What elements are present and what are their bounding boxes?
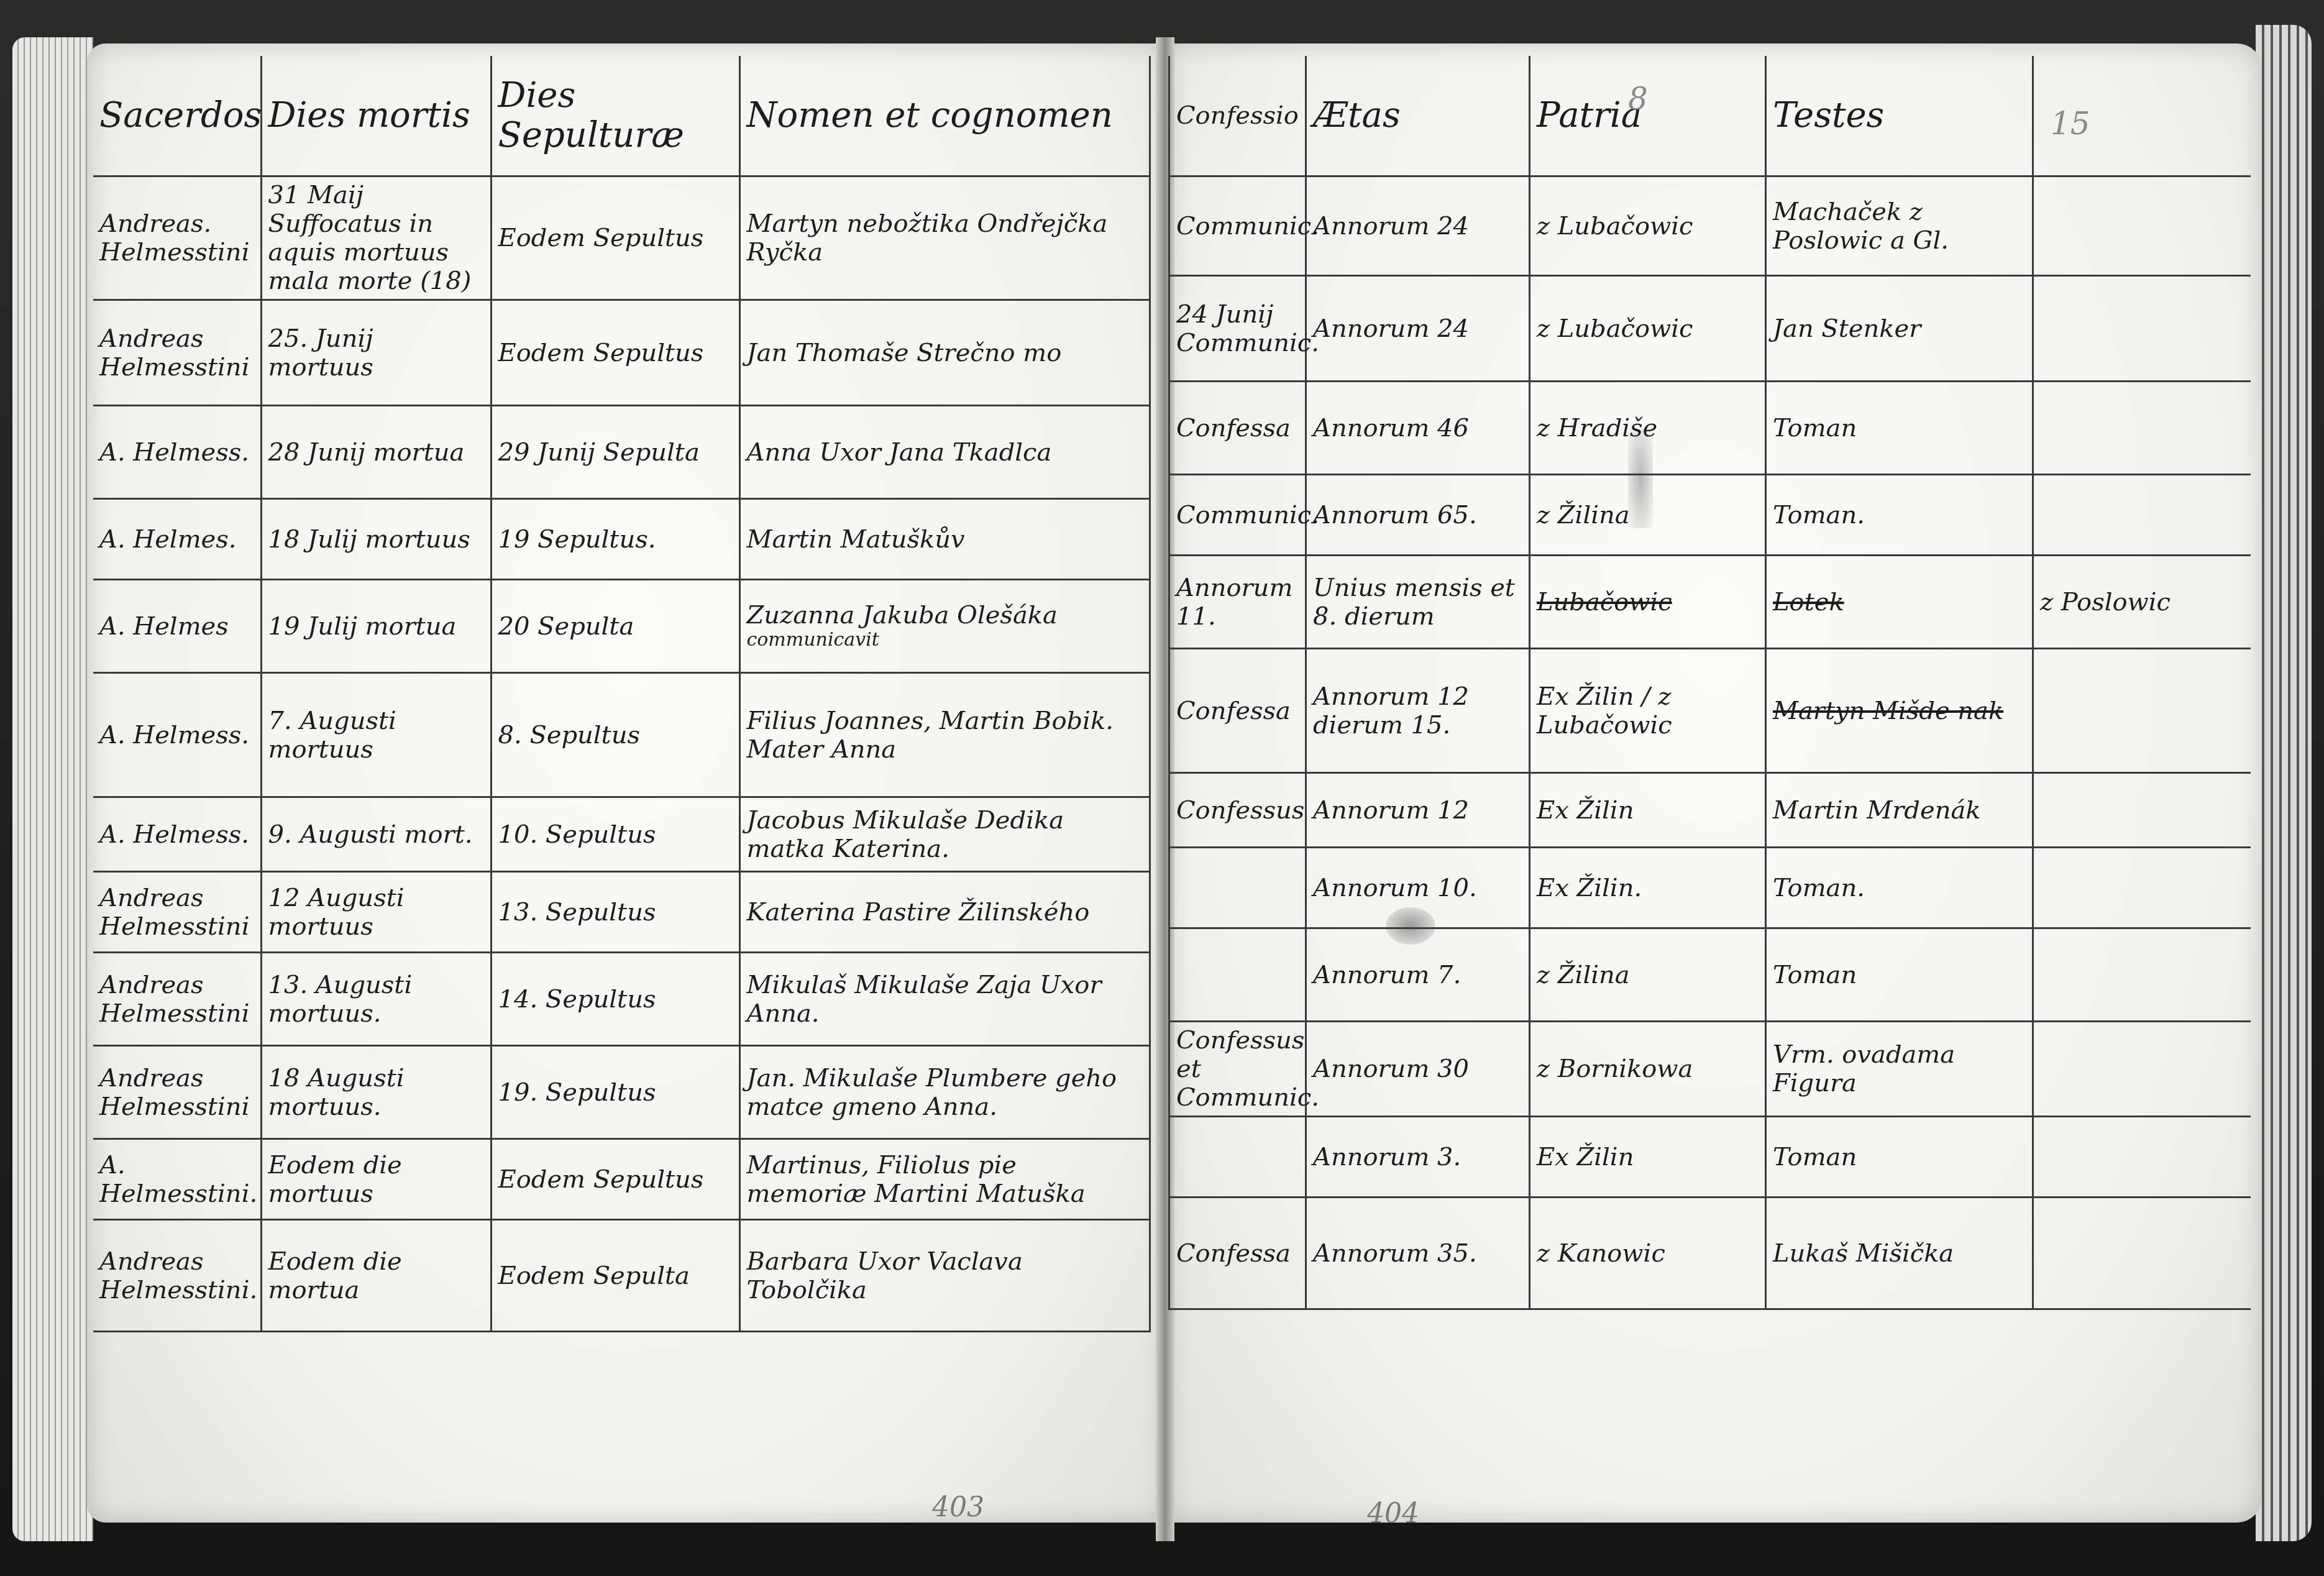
cell-extra — [2033, 382, 2251, 475]
header-pencil-annotation: 8 — [1628, 81, 1648, 117]
cell-patria-text: Lubačowic — [1537, 588, 1672, 616]
cell-sacerdos: Andreas Helmesstini — [93, 872, 261, 953]
cell-aetas-text: Annorum 65. — [1313, 501, 1477, 529]
cell-testes-text: Jan Stenker — [1773, 314, 1921, 343]
left-page-edges — [12, 37, 93, 1541]
cell-nomen: Jacobus Mikulaše Dedika matka Katerina. — [739, 797, 1150, 872]
register-row: Andreas Helmesstini12 Augusti mortuus13.… — [93, 872, 1150, 953]
cell-dies-mortis: 31 Maij Suffocatus in aquis mortuus mala… — [261, 176, 491, 300]
cell-patria-text: Ex Žilin — [1537, 1143, 1634, 1171]
register-row: ConfessaAnnorum 35.z KanowicLukaš Mišičk… — [1169, 1198, 2251, 1309]
cell-dies-mortis: 28 Junij mortua — [261, 406, 491, 499]
cell-dies-sepulturae: 8. Sepultus — [491, 673, 739, 797]
cell-extra — [2033, 1022, 2251, 1117]
register-row: Annorum 11.Unius mensis et 8. dierumLuba… — [1169, 556, 2251, 649]
cell-testes: Toman — [1766, 1117, 2033, 1198]
cell-testes: Toman. — [1766, 475, 2033, 556]
cell-testes: Jan Stenker — [1766, 276, 2033, 382]
cell-testes: Toman — [1766, 928, 2033, 1022]
cell-dies-sepulturae: 13. Sepultus — [491, 872, 739, 953]
cell-aetas-text: Annorum 24 — [1313, 314, 1469, 343]
cell-testes: Toman — [1766, 382, 2033, 475]
register-row: A. Helmess.7. Augusti mortuus8. Sepultus… — [93, 673, 1150, 797]
cell-confessio-text: Communic. — [1176, 212, 1319, 241]
cell-testes-text: Martyn Mišde nak — [1773, 697, 2003, 725]
cell-extra — [2033, 1117, 2251, 1198]
cell-testes-text: Lukaš Mišička — [1773, 1239, 1954, 1268]
cell-patria: z Žilina — [1530, 928, 1766, 1022]
cell-nomen: Barbara Uxor Vaclava Tobolčika — [739, 1220, 1150, 1332]
cell-extra-text: z Poslowic — [2040, 588, 2171, 616]
cell-patria: Ex Žilin / z Lubačowic — [1530, 649, 1766, 773]
cell-extra — [2033, 276, 2251, 382]
cell-aetas: Annorum 65. — [1306, 475, 1530, 556]
cell-extra — [2033, 475, 2251, 556]
cell-testes: Toman. — [1766, 848, 2033, 928]
cell-confessio-text: Confessus et Communic. — [1176, 1026, 1319, 1112]
right-page-edges — [2256, 25, 2312, 1541]
cell-nomen: Martin Matuškův — [739, 499, 1150, 580]
cell-aetas: Unius mensis et 8. dierum — [1306, 556, 1530, 649]
register-row: A. Helmes19 Julij mortua20 SepultaZuzann… — [93, 580, 1150, 673]
cell-nomen: Martyn nebožtika Ondřejčka Ryčka — [739, 176, 1150, 300]
cell-dies-mortis: 9. Augusti mort. — [261, 797, 491, 872]
cell-dies-sepulturae: 19 Sepultus. — [491, 499, 739, 580]
cell-patria-text: Ex Žilin — [1537, 796, 1634, 825]
cell-sacerdos: A. Helmes — [93, 580, 261, 673]
cell-aetas: Annorum 24 — [1306, 276, 1530, 382]
register-row: A. Helmess.9. Augusti mort.10. SepultusJ… — [93, 797, 1150, 872]
cell-dies-sepulturae: Eodem Sepultus — [491, 300, 739, 406]
cell-confessio-text: Confessa — [1176, 697, 1291, 725]
cell-confessio: 24 Junij Communic. — [1169, 276, 1306, 382]
cell-dies-sepulturae: 19. Sepultus — [491, 1046, 739, 1139]
cell-extra — [2033, 1198, 2251, 1309]
cell-sacerdos: Andreas Helmesstini — [93, 300, 261, 406]
cell-aetas: Annorum 12 dierum 15. — [1306, 649, 1530, 773]
cell-extra — [2033, 773, 2251, 848]
cell-dies-sepulturae: Eodem Sepultus — [491, 176, 739, 300]
cell-dies-mortis: 25. Junij mortuus — [261, 300, 491, 406]
cell-patria: z Žilina — [1530, 475, 1766, 556]
header-nomen: Nomen et cognomen — [739, 56, 1150, 176]
cell-patria-text: z Hradiše — [1537, 414, 1657, 442]
cell-patria-text: z Žilina — [1537, 501, 1630, 529]
cell-dies-sepulturae: 14. Sepultus — [491, 953, 739, 1046]
cell-sacerdos: A. Helmess. — [93, 673, 261, 797]
cell-aetas: Annorum 46 — [1306, 382, 1530, 475]
register-row: A. Helmesstini.Eodem die mortuusEodem Se… — [93, 1139, 1150, 1220]
cell-dies-mortis: 7. Augusti mortuus — [261, 673, 491, 797]
register-row: Annorum 10.Ex Žilin.Toman. — [1169, 848, 2251, 928]
cell-extra — [2033, 176, 2251, 276]
cell-aetas: Annorum 24 — [1306, 176, 1530, 276]
cell-testes-text: Lotek — [1773, 588, 1844, 616]
cell-confessio: Confessa — [1169, 1198, 1306, 1309]
cell-testes-text: Vrm. ovadama Figura — [1773, 1040, 1955, 1097]
cell-confessio-text: Confessus — [1176, 796, 1304, 825]
cell-extra — [2033, 928, 2251, 1022]
cell-dies-mortis: 18 Augusti mortuus. — [261, 1046, 491, 1139]
cell-patria: z Lubačowic — [1530, 176, 1766, 276]
cell-dies-sepulturae: Eodem Sepulta — [491, 1220, 739, 1332]
cell-nomen: Zuzanna Jakuba Olešákacommunicavit — [739, 580, 1150, 673]
cell-extra — [2033, 649, 2251, 773]
cell-sacerdos: Andreas Helmesstini — [93, 953, 261, 1046]
cell-dies-mortis: 18 Julij mortuus — [261, 499, 491, 580]
register-row: A. Helmess.28 Junij mortua29 Junij Sepul… — [93, 406, 1150, 499]
cell-testes: Vrm. ovadama Figura — [1766, 1022, 2033, 1117]
cell-aetas: Annorum 3. — [1306, 1117, 1530, 1198]
cell-dies-sepulturae: 10. Sepultus — [491, 797, 739, 872]
cell-nomen: Jan. Mikulaše Plumbere geho matce gmeno … — [739, 1046, 1150, 1139]
cell-aetas-text: Unius mensis et 8. dierum — [1313, 574, 1515, 631]
cell-confessio-text: Annorum 11. — [1176, 574, 1292, 631]
register-row: Andreas Helmesstini25. Junij mortuusEode… — [93, 300, 1150, 406]
cell-confessio: Confessus — [1169, 773, 1306, 848]
book-spread: Sacerdos Dies mortis Dies Sepulturæ Nome… — [0, 0, 2324, 1576]
cell-dies-sepulturae: 29 Junij Sepulta — [491, 406, 739, 499]
cell-confessio — [1169, 928, 1306, 1022]
cell-testes-text: Toman — [1773, 961, 1857, 989]
cell-patria-text: z Žilina — [1537, 961, 1630, 989]
cell-confessio — [1169, 1117, 1306, 1198]
cell-aetas-text: Annorum 30 — [1313, 1055, 1469, 1083]
cell-sacerdos: A. Helmes. — [93, 499, 261, 580]
cell-testes-text: Martin Mrdenák — [1773, 796, 1980, 825]
cell-confessio-text: Confessa — [1176, 1239, 1291, 1268]
cell-patria-text: z Kanowic — [1537, 1239, 1665, 1268]
cell-aetas-text: Annorum 12 — [1313, 796, 1469, 825]
cell-sacerdos: Andreas. Helmesstini — [93, 176, 261, 300]
cell-dies-mortis: 12 Augusti mortuus — [261, 872, 491, 953]
cell-confessio: Communic. — [1169, 176, 1306, 276]
cell-aetas-text: Annorum 7. — [1313, 961, 1461, 989]
cell-aetas: Annorum 12 — [1306, 773, 1530, 848]
cell-confessio-text: Communic. — [1176, 501, 1319, 529]
register-row: Andreas Helmesstini18 Augusti mortuus.19… — [93, 1046, 1150, 1139]
right-register-body: Communic.Annorum 24z LubačowicMachaček z… — [1169, 176, 2251, 1309]
cell-confessio: Confessa — [1169, 382, 1306, 475]
cell-aetas-text: Annorum 12 dierum 15. — [1313, 682, 1469, 740]
cell-testes-text: Toman — [1773, 1143, 1857, 1171]
cell-testes-text: Toman — [1773, 414, 1857, 442]
register-row: Communic.Annorum 24z LubačowicMachaček z… — [1169, 176, 2251, 276]
register-row: Confessus et Communic.Annorum 30z Bornik… — [1169, 1022, 2251, 1117]
cell-testes-text: Toman. — [1773, 501, 1865, 529]
cell-aetas: Annorum 30 — [1306, 1022, 1530, 1117]
cell-confessio-text: Confessa — [1176, 414, 1291, 442]
cell-nomen: Jan Thomaše Strečno mo — [739, 300, 1150, 406]
right-page-number: 404 — [1367, 1498, 1419, 1529]
cell-extra: z Poslowic — [2033, 556, 2251, 649]
cell-patria-text: z Bornikowa — [1537, 1055, 1693, 1083]
register-row: ConfessaAnnorum 12 dierum 15.Ex Žilin / … — [1169, 649, 2251, 773]
cell-aetas: Annorum 35. — [1306, 1198, 1530, 1309]
cell-patria: z Bornikowa — [1530, 1022, 1766, 1117]
cell-aetas-text: Annorum 46 — [1313, 414, 1469, 442]
cell-dies-sepulturae: 20 Sepulta — [491, 580, 739, 673]
cell-nomen: Filius Joannes, Martin Bobik. Mater Anna — [739, 673, 1150, 797]
cell-confessio-text: 24 Junij Communic. — [1176, 300, 1319, 357]
cell-patria: z Hradiše — [1530, 382, 1766, 475]
cell-extra — [2033, 848, 2251, 928]
cell-dies-mortis: Eodem die mortua — [261, 1220, 491, 1332]
register-row: A. Helmes.18 Julij mortuus19 Sepultus.Ma… — [93, 499, 1150, 580]
corner-annotation: 15 — [2051, 106, 2090, 142]
cell-aetas: Annorum 7. — [1306, 928, 1530, 1022]
cell-testes: Lukaš Mišička — [1766, 1198, 2033, 1309]
cell-testes: Lotek — [1766, 556, 2033, 649]
register-row: 24 Junij Communic.Annorum 24z LubačowicJ… — [1169, 276, 2251, 382]
cell-confessio: Confessus et Communic. — [1169, 1022, 1306, 1117]
cell-sacerdos: Andreas Helmesstini. — [93, 1220, 261, 1332]
cell-testes: Machaček z Poslowic a Gl. — [1766, 176, 2033, 276]
header-dies-sepulturae: Dies Sepulturæ — [491, 56, 739, 176]
left-page-number: 403 — [932, 1491, 984, 1523]
register-row: Communic.Annorum 65.z ŽilinaToman. — [1169, 475, 2251, 556]
cell-patria-text: z Lubačowic — [1537, 212, 1693, 241]
register-row: Andreas Helmesstini13. Augusti mortuus.1… — [93, 953, 1150, 1046]
cell-dies-mortis: 19 Julij mortua — [261, 580, 491, 673]
register-row: Annorum 7.z ŽilinaToman — [1169, 928, 2251, 1022]
cell-dies-sepulturae: Eodem Sepultus — [491, 1139, 739, 1220]
register-row: Andreas. Helmesstini31 Maij Suffocatus i… — [93, 176, 1150, 300]
cell-sacerdos: A. Helmess. — [93, 406, 261, 499]
cell-note: communicavit — [747, 630, 1143, 651]
cell-aetas-text: Annorum 35. — [1313, 1239, 1477, 1268]
register-row: Andreas Helmesstini.Eodem die mortuaEode… — [93, 1220, 1150, 1332]
cell-nomen: Mikulaš Mikulaše Zaja Uxor Anna. — [739, 953, 1150, 1046]
cell-patria: z Lubačowic — [1530, 276, 1766, 382]
right-register-table: Confessio Ætas Patria Testes Communic.An… — [1168, 56, 2251, 1310]
cell-nomen: Anna Uxor Jana Tkadlca — [739, 406, 1150, 499]
cell-patria: Ex Žilin — [1530, 773, 1766, 848]
cell-patria: Lubačowic — [1530, 556, 1766, 649]
cell-patria: Ex Žilin — [1530, 1117, 1766, 1198]
cell-testes: Martin Mrdenák — [1766, 773, 2033, 848]
cell-testes: Martyn Mišde nak — [1766, 649, 2033, 773]
header-sacerdos: Sacerdos — [93, 56, 261, 176]
cell-confessio — [1169, 848, 1306, 928]
left-header-row: Sacerdos Dies mortis Dies Sepulturæ Nome… — [93, 56, 1150, 176]
cell-aetas-text: Annorum 10. — [1313, 874, 1477, 902]
cell-patria-text: Ex Žilin. — [1537, 874, 1642, 902]
cell-confessio: Confessa — [1169, 649, 1306, 773]
cell-aetas: Annorum 10. — [1306, 848, 1530, 928]
header-dies-mortis: Dies mortis — [261, 56, 491, 176]
cell-sacerdos: A. Helmess. — [93, 797, 261, 872]
register-row: ConfessaAnnorum 46z HradišeToman — [1169, 382, 2251, 475]
register-row: ConfessusAnnorum 12Ex ŽilinMartin Mrdená… — [1169, 773, 2251, 848]
cell-patria: Ex Žilin. — [1530, 848, 1766, 928]
register-row: Annorum 3.Ex ŽilinToman — [1169, 1117, 2251, 1198]
cell-patria: z Kanowic — [1530, 1198, 1766, 1309]
cell-patria-text: z Lubačowic — [1537, 314, 1693, 343]
left-register-body: Andreas. Helmesstini31 Maij Suffocatus i… — [93, 176, 1150, 1332]
cell-aetas-text: Annorum 24 — [1313, 212, 1469, 241]
cell-nomen: Katerina Pastire Žilinského — [739, 872, 1150, 953]
header-confessio: Confessio — [1169, 56, 1306, 176]
cell-sacerdos: A. Helmesstini. — [93, 1139, 261, 1220]
header-testes: Testes — [1766, 56, 2033, 176]
header-aetas: Ætas — [1306, 56, 1530, 176]
cell-confessio: Annorum 11. — [1169, 556, 1306, 649]
cell-dies-mortis: Eodem die mortuus — [261, 1139, 491, 1220]
cell-testes-text: Machaček z Poslowic a Gl. — [1773, 198, 1949, 255]
cell-patria-text: Ex Žilin / z Lubačowic — [1537, 682, 1672, 740]
cell-nomen: Martinus, Filiolus pie memoriæ Martini M… — [739, 1139, 1150, 1220]
left-register-table: Sacerdos Dies mortis Dies Sepulturæ Nome… — [93, 56, 1151, 1332]
cell-aetas-text: Annorum 3. — [1313, 1143, 1461, 1171]
cell-testes-text: Toman. — [1773, 874, 1865, 902]
cell-sacerdos: Andreas Helmesstini — [93, 1046, 261, 1139]
cell-confessio: Communic. — [1169, 475, 1306, 556]
cell-dies-mortis: 13. Augusti mortuus. — [261, 953, 491, 1046]
